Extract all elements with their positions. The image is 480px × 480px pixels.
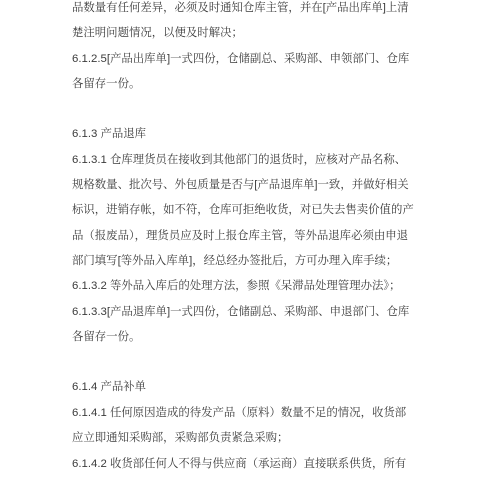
text-line: 6.1.3.1 仓库理货员在接收到其他部门的退货时，应核对产品名称、 bbox=[72, 148, 424, 173]
clause-6-1-2-4-continuation: 品数量有任何差异，必须及时通知仓库主管，并在[产品出库单]上清 楚注明问题情况，… bbox=[72, 0, 424, 47]
clause-6-1-4-1: 6.1.4.1 任何原因造成的待发产品（原料）数量不足的情况，收货部 应立即通知… bbox=[72, 401, 424, 452]
clause-6-1-4-2: 6.1.4.2 收货部任何人不得与供应商（承运商）直接联系供货，所有 bbox=[72, 452, 424, 477]
text-line: 楚注明问题情况，以便及时解决； bbox=[72, 21, 424, 46]
clause-6-1-2-5: 6.1.2.5[产品出库单]一式四份，仓储副总、采购部、申领部门、仓库 各留存一… bbox=[72, 47, 424, 98]
text-line: 6.1.3.2 等外品入库后的处理方法，参照《呆滞品处理管理办法》； bbox=[72, 274, 424, 299]
text-line: 应立即通知采购部，采购部负责紧急采购； bbox=[72, 426, 424, 451]
text-line: 规格数量、批次号、外包质量是否与[产品退库单]一致，并做好相关 bbox=[72, 173, 424, 198]
document-body: 品数量有任何差异，必须及时通知仓库主管，并在[产品出库单]上清 楚注明问题情况，… bbox=[72, 0, 424, 477]
text-line: 标识，进销存帐，如不符，仓库可拒绝收货，对已失去售卖价值的产 bbox=[72, 198, 424, 223]
clause-6-1-3-1: 6.1.3.1 仓库理货员在接收到其他部门的退货时，应核对产品名称、 规格数量、… bbox=[72, 148, 424, 275]
clause-6-1-3-2: 6.1.3.2 等外品入库后的处理方法，参照《呆滞品处理管理办法》； bbox=[72, 274, 424, 299]
section-heading-6-1-4: 6.1.4 产品补单 bbox=[72, 375, 424, 400]
section-heading: 6.1.3 产品退库 bbox=[72, 122, 424, 147]
text-line: 6.1.4.2 收货部任何人不得与供应商（承运商）直接联系供货，所有 bbox=[72, 452, 424, 477]
text-line: 6.1.2.5[产品出库单]一式四份，仓储副总、采购部、申领部门、仓库 bbox=[72, 47, 424, 72]
section-heading: 6.1.4 产品补单 bbox=[72, 375, 424, 400]
section-heading-6-1-3: 6.1.3 产品退库 bbox=[72, 122, 424, 147]
text-line: 6.1.3.3[产品退库单]一式四份，仓储副总、采购部、申退部门、仓库 bbox=[72, 300, 424, 325]
text-line: 部门填写[等外品入库单]，经总经办签批后，方可办理入库手续； bbox=[72, 249, 424, 274]
document-page: 品数量有任何差异，必须及时通知仓库主管，并在[产品出库单]上清 楚注明问题情况，… bbox=[0, 0, 480, 480]
text-line: 品数量有任何差异，必须及时通知仓库主管，并在[产品出库单]上清 bbox=[72, 0, 424, 21]
text-line: 品（报废品），理货员应及时上报仓库主管，等外品退库必须由申退 bbox=[72, 224, 424, 249]
text-line: 各留存一份。 bbox=[72, 325, 424, 350]
text-line: 6.1.4.1 任何原因造成的待发产品（原料）数量不足的情况，收货部 bbox=[72, 401, 424, 426]
text-line: 各留存一份。 bbox=[72, 72, 424, 97]
clause-6-1-3-3: 6.1.3.3[产品退库单]一式四份，仓储副总、采购部、申退部门、仓库 各留存一… bbox=[72, 300, 424, 351]
